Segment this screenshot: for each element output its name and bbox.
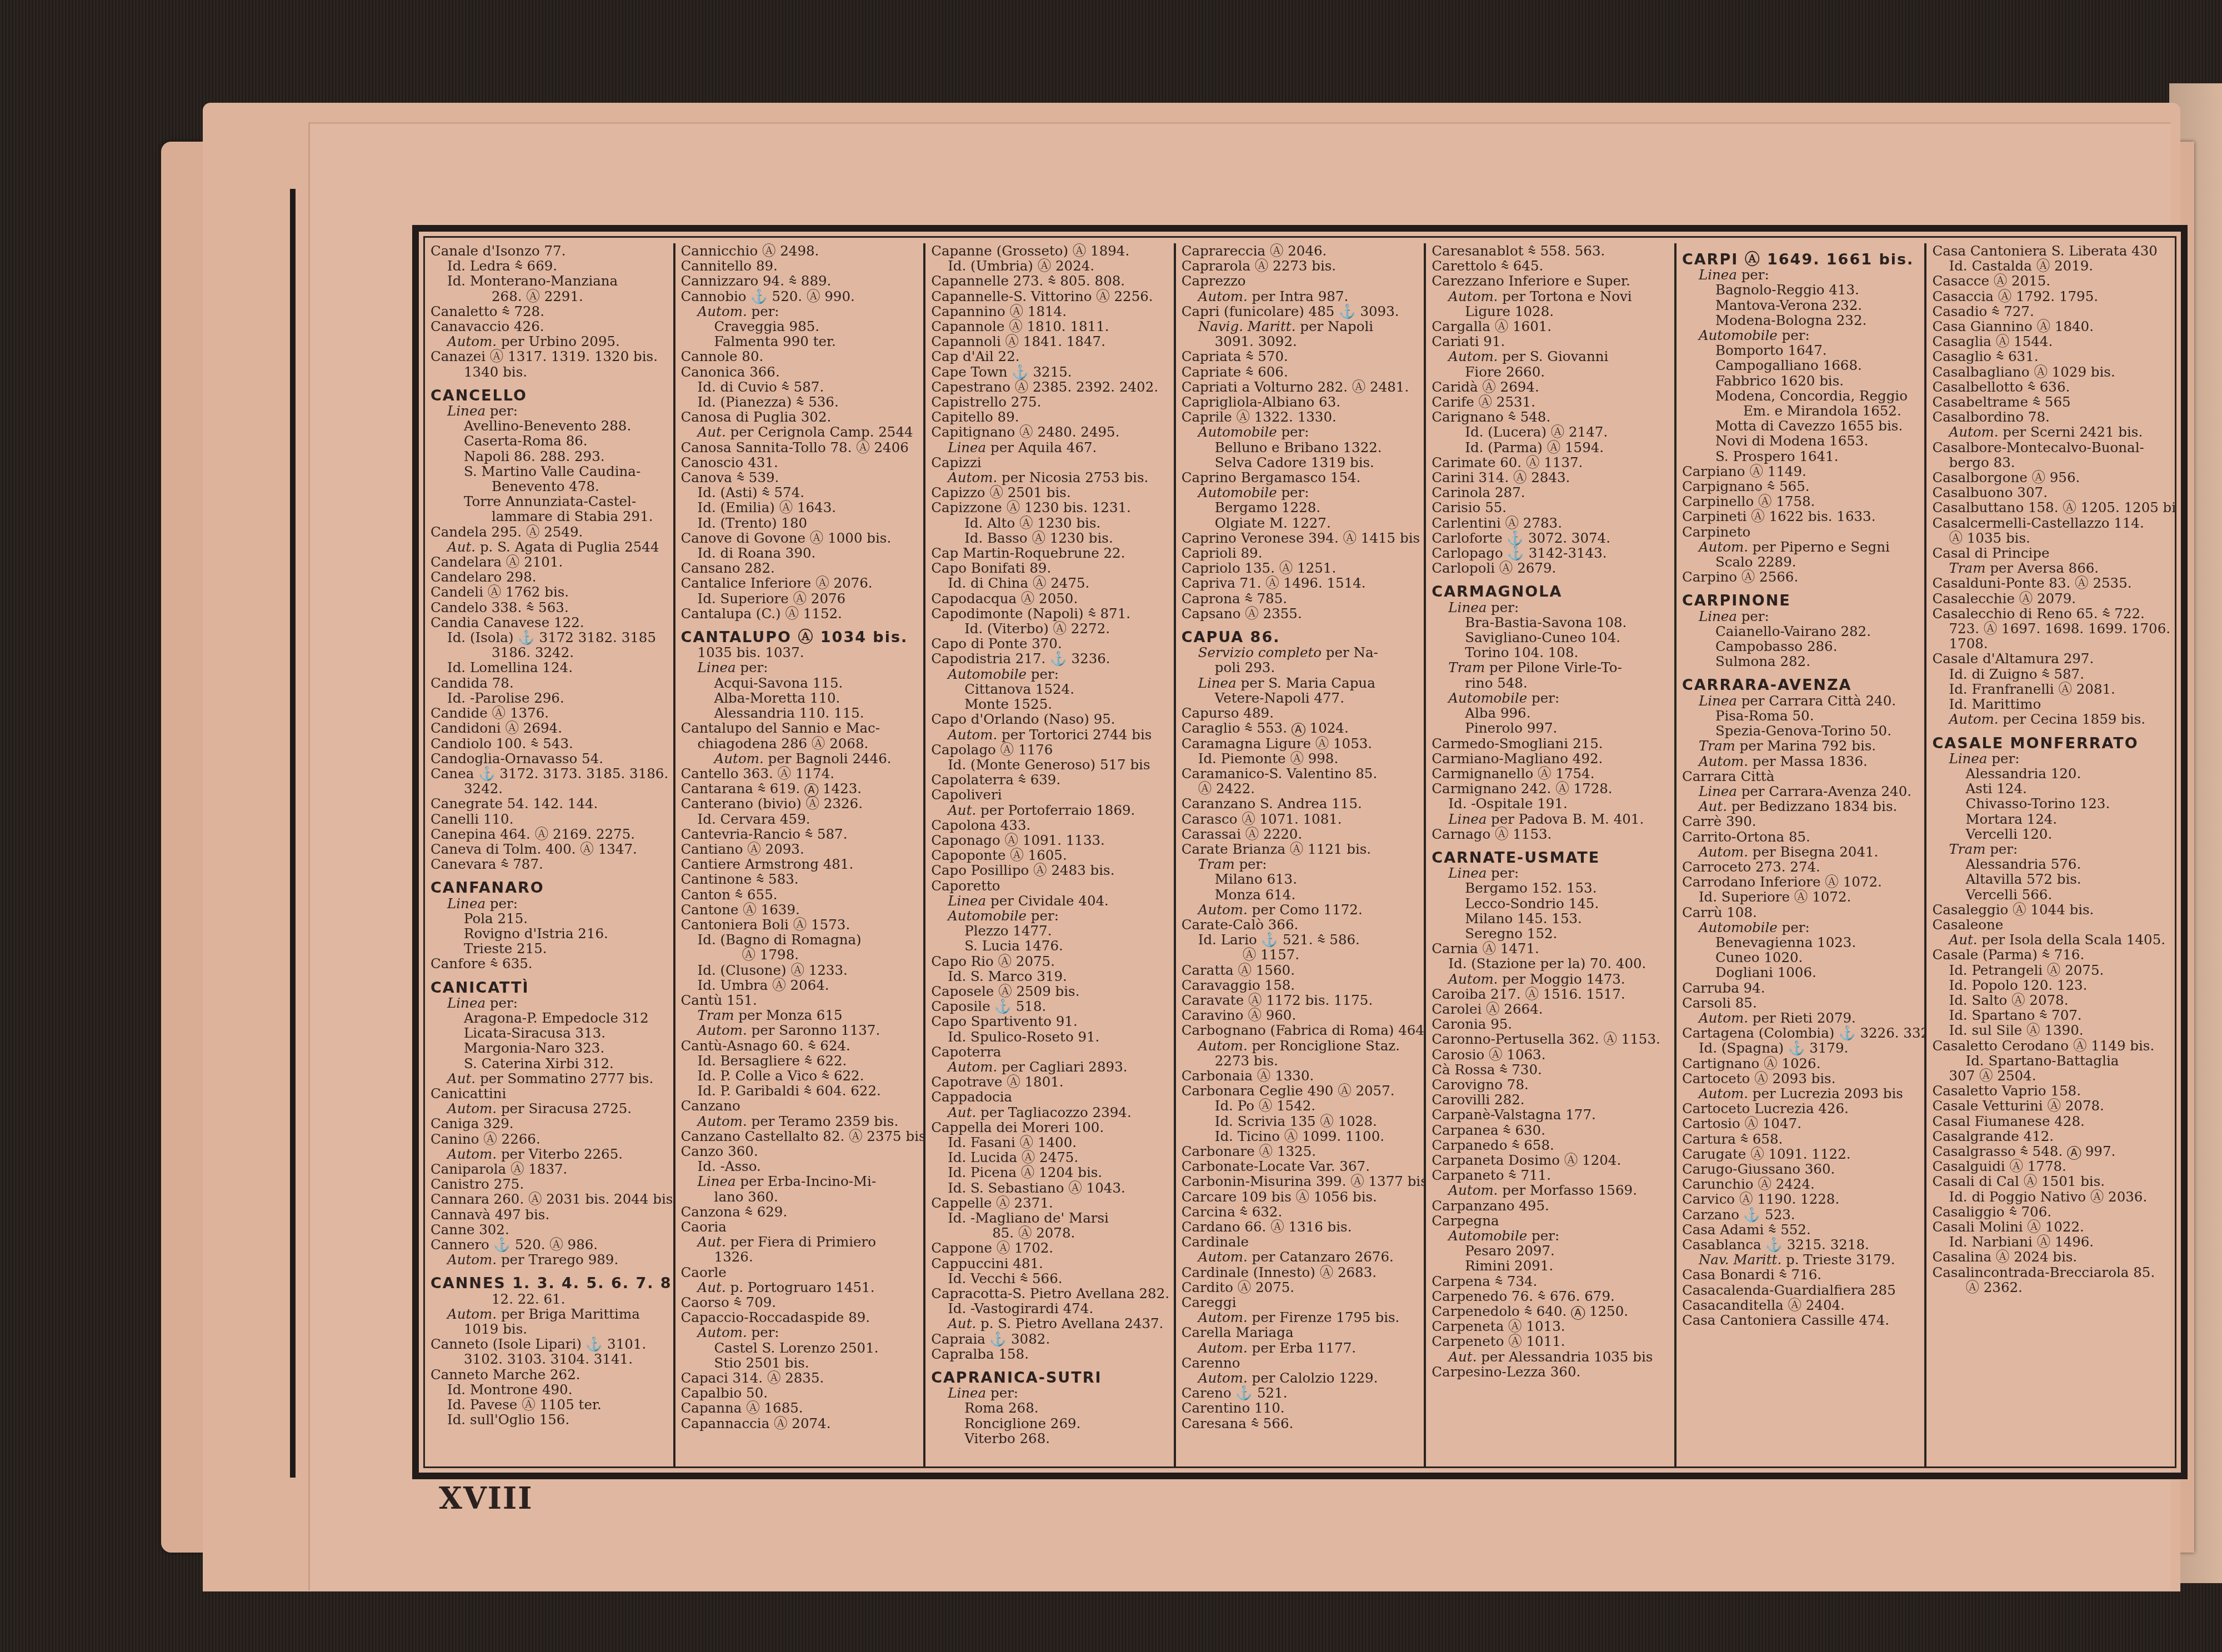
index-entry: Linea per Carrara Città 240.: [1682, 693, 1921, 708]
index-entry: Id. di Poggio Nativo Ⓐ 2036.: [1932, 1189, 2171, 1204]
index-entry: Automobile per:: [1682, 920, 1921, 935]
index-entry: Cappelle Ⓐ 2371.: [931, 1195, 1170, 1210]
index-entry: Caprona ⩯ 785.: [1182, 591, 1421, 606]
index-entry: Bra-Bastia-Savona 108.: [1432, 615, 1671, 630]
index-entry: Canea ⚓ 3172. 3173. 3185. 3186.: [431, 766, 670, 781]
index-entry: Id. Montrone 490.: [431, 1382, 670, 1397]
index-entry: S. Martino Valle Caudina-: [431, 464, 670, 479]
index-entry: Candelara Ⓐ 2101.: [431, 554, 670, 569]
index-entry: Carnia Ⓐ 1471.: [1432, 941, 1671, 956]
index-entry: Cantiere Armstrong 481.: [681, 857, 920, 872]
index-entry: 3242.: [431, 781, 670, 796]
index-entry: Capolona 433.: [931, 818, 1170, 833]
index-entry: Cardinale: [1182, 1234, 1421, 1249]
index-entry: Asti 124.: [1932, 781, 2171, 796]
index-entry: Caianello-Vairano 282.: [1682, 624, 1921, 639]
index-entry: Autom. per Lucrezia 2093 bis: [1682, 1086, 1921, 1101]
index-entry: Caporetto: [931, 878, 1170, 893]
index-entry: bergo 83.: [1932, 455, 2171, 470]
index-entry: Bergamo 1228.: [1182, 500, 1421, 515]
page-number: XVIII: [439, 1480, 533, 1516]
index-entry: Autom. per Tortorici 2744 bis: [931, 727, 1170, 742]
index-entry: Carentino 110.: [1182, 1400, 1421, 1415]
index-entry: 3091. 3092.: [1182, 334, 1421, 349]
index-entry: Casa Adami ⩯ 552.: [1682, 1222, 1921, 1237]
index-entry: Tram per:: [1932, 842, 2171, 857]
index-entry: Linea per S. Maria Capua: [1182, 675, 1421, 690]
index-entry: Id. (Parma) Ⓐ 1594.: [1432, 440, 1671, 455]
index-entry: Candeli Ⓐ 1762 bis.: [431, 584, 670, 599]
index-entry: Belluno e Bribano 1322.: [1182, 440, 1421, 455]
index-entry: Casalduni-Ponte 83. Ⓐ 2535.: [1932, 575, 2171, 590]
index-entry: Monza 614.: [1182, 887, 1421, 902]
index-entry: Fabbrico 1620 bis.: [1682, 373, 1921, 388]
index-entry: Casabeltrame ⩯ 565: [1932, 394, 2171, 409]
index-entry: Autom. per Trarego 989.: [431, 1252, 670, 1267]
index-entry: Carpeneta Ⓐ 1013.: [1432, 1319, 1671, 1334]
index-entry: Capralba 158.: [931, 1346, 1170, 1361]
index-entry: Id. Ticino Ⓐ 1099. 1100.: [1182, 1129, 1421, 1144]
index-entry: Chivasso-Torino 123.: [1932, 796, 2171, 811]
index-entry: Casale (Parma) ⩯ 716.: [1932, 947, 2171, 962]
index-entry: Carbonare Ⓐ 1325.: [1182, 1144, 1421, 1159]
index-entry: Torre Annunziata-Castel-: [431, 494, 670, 509]
index-entry: Canoscio 431.: [681, 455, 920, 470]
index-entry: Casablanca ⚓ 3215. 3218.: [1682, 1237, 1921, 1252]
index-entry: Id. -Magliano de' Marsi: [931, 1210, 1170, 1225]
index-entry: Autom. per Piperno e Segni: [1682, 539, 1921, 554]
index-entry: Casalgrasso ⩯ 548. Ⓐ 997.: [1932, 1144, 2171, 1159]
index-entry: Cannero ⚓ 520. Ⓐ 986.: [431, 1237, 670, 1252]
index-entry: Bagnolo-Reggio 413.: [1682, 282, 1921, 297]
index-entry: Casalecchio di Reno 65. ⩯ 722.: [1932, 606, 2171, 621]
index-entry: Cartagena (Colombia) ⚓ 3226. 3322: [1682, 1025, 1921, 1040]
index-entry: 1708.: [1932, 636, 2171, 651]
index-entry: Linea per:: [1432, 600, 1671, 615]
index-entry: Candida 78.: [431, 675, 670, 690]
index-entry: Casalcermelli-Castellazzo 114.: [1932, 515, 2171, 530]
index-entry: Canistro 275.: [431, 1177, 670, 1192]
index-entry: Id. di Cuvio ⩯ 587.: [681, 379, 920, 394]
index-entry: Carrodano Inferiore Ⓐ 1072.: [1682, 874, 1921, 889]
index-entry: Candia Canavese 122.: [431, 615, 670, 630]
index-entry: Savigliano-Cuneo 104.: [1432, 630, 1671, 645]
index-column-2: Cannicchio Ⓐ 2498.Cannitello 89.Cannizza…: [675, 243, 926, 1466]
index-entry: Id. Lucida Ⓐ 2475.: [931, 1150, 1170, 1165]
index-entry: Carpenedo 76. ⩯ 676. 679.: [1432, 1289, 1671, 1304]
index-entry: Canevara ⩯ 787.: [431, 857, 670, 872]
index-entry: Aut. per Sommatino 2777 bis.: [431, 1071, 670, 1086]
index-entry: Carignano ⩯ 548.: [1432, 409, 1671, 424]
index-entry: Carmignano 242. Ⓐ 1728.: [1432, 781, 1671, 796]
index-entry: Caprezzo: [1182, 273, 1421, 288]
index-entry: Cannole 80.: [681, 349, 920, 364]
index-entry: Bomporto 1647.: [1682, 343, 1921, 358]
index-entry: Carate Brianza Ⓐ 1121 bis.: [1182, 842, 1421, 857]
index-column-6: CARPI Ⓐ 1649. 1661 bis.Linea per:Bagnolo…: [1676, 243, 1927, 1466]
index-entry: Capoterra: [931, 1044, 1170, 1059]
index-entry: Autom. per Moggio 1473.: [1432, 972, 1671, 987]
index-entry: Canova ⩯ 539.: [681, 470, 920, 485]
index-entry: Caroiba 217. Ⓐ 1516. 1517.: [1432, 987, 1671, 1002]
index-entry: Casale d'Altamura 297.: [1932, 651, 2171, 666]
index-entry: Carmedo-Smogliani 215.: [1432, 736, 1671, 751]
index-entry: Carella Mariaga: [1182, 1325, 1421, 1340]
index-entry: Caprareccia Ⓐ 2046.: [1182, 243, 1421, 258]
index-entry: Carlopoli Ⓐ 2679.: [1432, 560, 1671, 575]
index-entry: Casalbuttano 158. Ⓐ 1205. 1205 bis: [1932, 500, 2171, 515]
index-entry: Carbonaia Ⓐ 1330.: [1182, 1068, 1421, 1083]
index-entry: Cap Martin-Roquebrune 22.: [931, 545, 1170, 560]
index-entry: Cantù 151.: [681, 993, 920, 1008]
index-entry: Cargalla Ⓐ 1601.: [1432, 319, 1671, 334]
index-entry: Caprioli 89.: [1182, 545, 1421, 560]
index-entry: Em. e Mirandola 1652.: [1682, 403, 1921, 418]
index-column-5: Caresanablot ⩯ 558. 563.Carettolo ⩯ 645.…: [1426, 243, 1676, 1466]
index-entry: Pinerolo 997.: [1432, 720, 1671, 735]
index-entry: Fiore 2660.: [1432, 364, 1671, 379]
index-entry: Candide Ⓐ 1376.: [431, 705, 670, 720]
page-edge-rule: [290, 189, 296, 1478]
index-entry: Capanne (Grosseto) Ⓐ 1894.: [931, 243, 1170, 258]
index-entry: Viterbo 268.: [931, 1431, 1170, 1446]
index-entry: Id. P. Garibaldi ⩯ 604. 622.: [681, 1083, 920, 1098]
index-entry: Tram per Pilone Virle-To-: [1432, 660, 1671, 675]
index-entry: Automobile per:: [1182, 424, 1421, 439]
index-entry: Plezzo 1477.: [931, 923, 1170, 938]
index-column-7: Casa Cantoniera S. Liberata 430Id. Casta…: [1926, 243, 2175, 1466]
index-entry: Carpanedo ⩯ 658.: [1432, 1138, 1671, 1153]
index-entry: Acqui-Savona 115.: [681, 675, 920, 690]
index-entry: Carbonate-Locate Var. 367.: [1182, 1159, 1421, 1174]
index-entry: Licata-Siracusa 313.: [431, 1025, 670, 1040]
index-entry: Id. (Isola) ⚓ 3172 3182. 3185: [431, 630, 670, 645]
index-entry: Capriolo 135. Ⓐ 1251.: [1182, 560, 1421, 575]
index-entry: Casa Giannino Ⓐ 1840.: [1932, 319, 2171, 334]
index-entry: Linea per:: [1682, 609, 1921, 624]
index-entry: Carini 314. Ⓐ 2843.: [1432, 470, 1671, 485]
index-entry: Id. (Spagna) ⚓ 3179.: [1682, 1040, 1921, 1055]
index-entry: Aut. per Portoferraio 1869.: [931, 803, 1170, 818]
index-entry: Carsoli 85.: [1682, 995, 1921, 1010]
index-entry: Tram per:: [1182, 857, 1421, 872]
index-entry: Id. Spulico-Roseto 91.: [931, 1029, 1170, 1044]
index-entry: Canzano Castellalto 82. Ⓐ 2375 bis: [681, 1129, 920, 1144]
index-entry: Carunchio Ⓐ 2424.: [1682, 1177, 1921, 1192]
index-entry: Autom. per Siracusa 2725.: [431, 1101, 670, 1116]
index-entry: Benevagienna 1023.: [1682, 935, 1921, 950]
index-entry: Capodistria 217. ⚓ 3236.: [931, 651, 1170, 666]
index-entry: Candiolo 100. ⩯ 543.: [431, 736, 670, 751]
index-entry: Ⓐ 2362.: [1932, 1280, 2171, 1295]
index-entry: Vercelli 566.: [1932, 887, 2171, 902]
index-entry: Autom. per Viterbo 2265.: [431, 1147, 670, 1162]
index-entry: Id. Cervara 459.: [681, 812, 920, 827]
index-entry: Caravino Ⓐ 960.: [1182, 1008, 1421, 1023]
index-entry: Cardano 66. Ⓐ 1316 bis.: [1182, 1219, 1421, 1234]
index-entry: Cantalupo del Sannio e Mac-: [681, 720, 920, 735]
index-entry: Pesaro 2097.: [1432, 1243, 1671, 1258]
index-entry: Torino 104. 108.: [1432, 645, 1671, 660]
index-entry: Caresanablot ⩯ 558. 563.: [1432, 243, 1671, 258]
index-entry: Id. Bersagliere ⩯ 622.: [681, 1053, 920, 1068]
index-entry: Capizzone Ⓐ 1230 bis. 1231.: [931, 500, 1170, 515]
index-entry: Caniga 329.: [431, 1116, 670, 1131]
index-entry: Aut. per Fiera di Primiero: [681, 1234, 920, 1249]
index-entry: Carettolo ⩯ 645.: [1432, 258, 1671, 273]
index-entry: Carpino Ⓐ 2566.: [1682, 569, 1921, 584]
index-entry: Capri (funicolare) 485 ⚓ 3093.: [1182, 304, 1421, 319]
index-entry: Aut. per Isola della Scala 1405.: [1932, 932, 2171, 947]
index-entry: Cantinone ⩯ 583.: [681, 872, 920, 887]
index-entry: Capannelle 273. ⩯ 805. 808.: [931, 273, 1170, 288]
index-entry: Cardito Ⓐ 2075.: [1182, 1280, 1421, 1295]
index-entry: Alessandria 110. 115.: [681, 705, 920, 720]
index-entry: Vetere-Napoli 477.: [1182, 690, 1421, 705]
index-entry: Canino Ⓐ 2266.: [431, 1132, 670, 1147]
index-entry: Autom. per Calolzio 1229.: [1182, 1370, 1421, 1385]
index-entry: Aut. p. S. Pietro Avellana 2437.: [931, 1316, 1170, 1331]
index-entry: Id. Ledra ⩯ 669.: [431, 258, 670, 273]
index-entry: Sulmona 282.: [1682, 654, 1921, 669]
index-entry: Casa Cantoniera S. Liberata 430: [1932, 243, 2171, 258]
index-entry: Casacanditella Ⓐ 2404.: [1682, 1298, 1921, 1313]
index-entry: Automobile per:: [1432, 1228, 1671, 1243]
index-entry: Casalincontrada-Brecciarola 85.: [1932, 1265, 2171, 1280]
index-entry: rino 548.: [1432, 675, 1671, 690]
index-entry: Aut. p. S. Agata di Puglia 2544: [431, 539, 670, 554]
index-entry: Autom. per Morfasso 1569.: [1432, 1183, 1671, 1198]
index-entry: Cantarana ⩯ 619. Ⓐ 1423.: [681, 781, 920, 796]
index-entry: Monte 1525.: [931, 697, 1170, 712]
station-heading: CARRARA-AVENZA: [1682, 678, 1921, 693]
index-entry: Spezia-Genova-Torino 50.: [1682, 723, 1921, 738]
index-entry: Capannelle-S. Vittorino Ⓐ 2256.: [931, 289, 1170, 304]
index-entry: Canale d'Isonzo 77.: [431, 243, 670, 258]
index-entry: Capannole Ⓐ 1810. 1811.: [931, 319, 1170, 334]
index-entry: 723. Ⓐ 1697. 1698. 1699. 1706.: [1932, 621, 2171, 636]
index-entry: Id. (Clusone) Ⓐ 1233.: [681, 963, 920, 978]
index-entry: Autom. per:: [681, 1325, 920, 1340]
index-entry: Id. Narbiani Ⓐ 1496.: [1932, 1234, 2171, 1249]
index-entry: Carpaneta Dosimo Ⓐ 1204.: [1432, 1153, 1671, 1168]
index-entry: Cappadocia: [931, 1089, 1170, 1104]
index-entry: Autom. per Bagnoli 2446.: [681, 751, 920, 766]
index-entry: Caprino Bergamasco 154.: [1182, 470, 1421, 485]
index-entry: Modena, Concordia, Reggio: [1682, 388, 1921, 403]
index-entry: Id. Alto Ⓐ 1230 bis.: [931, 515, 1170, 530]
index-entry: Caorso ⩯ 709.: [681, 1295, 920, 1310]
index-entry: Tram per Monza 615: [681, 1008, 920, 1023]
index-entry: Casalecchie Ⓐ 2079.: [1932, 591, 2171, 606]
index-entry: Candoglia-Ornavasso 54.: [431, 751, 670, 766]
index-entry: Carovilli 282.: [1432, 1092, 1671, 1107]
index-entry: Casaliggio ⩯ 706.: [1932, 1204, 2171, 1219]
index-entry: Id. (Bagno di Romagna): [681, 932, 920, 947]
index-entry: Carpaneto ⩯ 711.: [1432, 1168, 1671, 1183]
index-entry: Carpegna: [1432, 1213, 1671, 1228]
index-entry: Linea per Carrara-Avenza 240.: [1682, 784, 1921, 799]
index-entry: Campobasso 286.: [1682, 639, 1921, 654]
index-entry: Candela 295. Ⓐ 2549.: [431, 524, 670, 539]
index-entry: Autom. per Bisegna 2041.: [1682, 844, 1921, 859]
index-entry: Id. Monterano-Manziana: [431, 273, 670, 288]
index-entry: Cannicchio Ⓐ 2498.: [681, 243, 920, 258]
index-entry: Caniparola Ⓐ 1837.: [431, 1162, 670, 1177]
index-entry: Linea per:: [1432, 865, 1671, 880]
index-entry: Carrè 390.: [1682, 814, 1921, 829]
index-entry: Autom. per Briga Marittima: [431, 1306, 670, 1321]
index-entry: Linea per:: [431, 896, 670, 911]
index-entry: Canzano: [681, 1098, 920, 1113]
station-heading: CAPRANICA-SUTRI: [931, 1370, 1170, 1385]
index-entry: Milano 613.: [1182, 872, 1421, 887]
index-entry: Id. Vecchi ⩯ 566.: [931, 1271, 1170, 1286]
station-heading: CANICATTÌ: [431, 980, 670, 995]
index-entry: Id. P. Colle a Vico ⩯ 622.: [681, 1068, 920, 1083]
index-entry: 1019 bis.: [431, 1321, 670, 1336]
index-entry: Casal di Principe: [1932, 545, 2171, 560]
index-entry: Benevento 478.: [431, 479, 670, 494]
index-entry: Aut. per Tagliacozzo 2394.: [931, 1105, 1170, 1120]
index-entry: Cansano 282.: [681, 560, 920, 575]
index-entry: Linea per:: [431, 995, 670, 1010]
index-entry: Id. Petrangeli Ⓐ 2075.: [1932, 963, 2171, 978]
index-entry: Cuneo 1020.: [1682, 950, 1921, 965]
index-entry: Carpanzano 495.: [1432, 1198, 1671, 1213]
index-entry: Id. Marittimo: [1932, 697, 2171, 712]
index-entry: Napoli 86. 288. 293.: [431, 449, 670, 464]
index-entry: Carisio 55.: [1432, 500, 1671, 515]
index-entry: Canegrate 54. 142. 144.: [431, 796, 670, 811]
index-entry: Autom. per Como 1172.: [1182, 902, 1421, 917]
station-heading: CANCELLO: [431, 388, 670, 403]
index-entry: Carrito-Ortona 85.: [1682, 829, 1921, 844]
index-entry: Dogliani 1006.: [1682, 965, 1921, 980]
index-entry: 2273 bis.: [1182, 1053, 1421, 1068]
index-entry: Casadio ⩯ 727.: [1932, 304, 2171, 319]
index-entry: Carpiano Ⓐ 1149.: [1682, 464, 1921, 479]
index-entry: Automobile per:: [931, 908, 1170, 923]
index-entry: Id. di Zuigno ⩯ 587.: [1932, 667, 2171, 682]
index-entry: Id. Piemonte Ⓐ 998.: [1182, 751, 1421, 766]
index-entry: 1326.: [681, 1249, 920, 1264]
index-entry: Cartura ⩯ 658.: [1682, 1132, 1921, 1147]
index-entry: Cantù-Asnago 60. ⩯ 624.: [681, 1038, 920, 1053]
index-entry: Avellino-Benevento 288.: [431, 418, 670, 433]
index-entry: Ronciglione 269.: [931, 1416, 1170, 1431]
index-entry: Id. (Monte Generoso) 517 bis: [931, 757, 1170, 772]
index-entry: Cittanova 1524.: [931, 682, 1170, 697]
index-entry: Carpinello Ⓐ 1758.: [1682, 494, 1921, 509]
index-entry: Caronia 95.: [1432, 1017, 1671, 1032]
station-heading: CANNES 1. 3. 4. 5. 6. 7. 8. 9: [431, 1276, 670, 1291]
index-entry: Alba-Moretta 110.: [681, 690, 920, 705]
index-entry: Id. sul Sile Ⓐ 1390.: [1932, 1023, 2171, 1038]
index-entry: Pisa-Roma 50.: [1682, 708, 1921, 723]
index-entry: Aut. per Bedizzano 1834 bis.: [1682, 799, 1921, 814]
index-entry: Autom. per Intra 987.: [1182, 289, 1421, 304]
index-entry: Casalbordino 78.: [1932, 409, 2171, 424]
index-entry: Linea per Cividale 404.: [931, 893, 1170, 908]
index-entry: Linea per:: [681, 660, 920, 675]
index-entry: Caprigliola-Albiano 63.: [1182, 394, 1421, 409]
index-entry: Id. (Lucera) Ⓐ 2147.: [1432, 424, 1671, 439]
index-entry: Alba 996.: [1432, 705, 1671, 720]
index-entry: Automobile per:: [1682, 328, 1921, 343]
index-entry: Cappone Ⓐ 1702.: [931, 1240, 1170, 1255]
index-entry: S. Caterina Xirbi 312.: [431, 1056, 670, 1071]
index-entry: Aut. per Cerignola Camp. 2544: [681, 424, 920, 439]
index-entry: Casalgrande 412.: [1932, 1129, 2171, 1144]
index-entry: Id. Spartano-Battaglia: [1932, 1053, 2171, 1068]
index-entry: Id. Spartano ⩯ 707.: [1932, 1008, 2171, 1023]
index-entry: Autom. per Cecina 1859 bis.: [1932, 712, 2171, 727]
station-heading: CARPINONE: [1682, 593, 1921, 608]
index-entry: Id. sull'Oglio 156.: [431, 1412, 670, 1427]
index-entry: Ⓐ 1157.: [1182, 947, 1421, 962]
index-entry: Id. (Pianezza) ⩯ 536.: [681, 394, 920, 409]
index-entry: Castel S. Lorenzo 2501.: [681, 1340, 920, 1355]
index-entry: Casali Molini Ⓐ 1022.: [1932, 1219, 2171, 1234]
index-entry: Carate-Calò 366.: [1182, 917, 1421, 932]
index-entry: Candelo 338. ⩯ 563.: [431, 600, 670, 615]
index-entry: Caponago Ⓐ 1091. 1133.: [931, 833, 1170, 848]
index-entry: Id. Superiore Ⓐ 1072.: [1682, 889, 1921, 904]
index-entry: Autom. per:: [681, 304, 920, 319]
index-entry: Aut. per Alessandria 1035 bis: [1432, 1349, 1671, 1364]
index-entry: 12. 22. 61.: [431, 1291, 670, 1306]
index-entry: Autom. per Scerni 2421 bis.: [1932, 424, 2171, 439]
index-entry: Carimate 60. Ⓐ 1137.: [1432, 455, 1671, 470]
index-entry: Canelli 110.: [431, 812, 670, 827]
index-entry: Carcina ⩯ 632.: [1182, 1204, 1421, 1219]
index-entry: Mantova-Verona 232.: [1682, 298, 1921, 313]
index-entry: Alessandria 120.: [1932, 766, 2171, 781]
index-entry: Id. (Trento) 180: [681, 515, 920, 530]
station-heading: CARNATE-USMATE: [1432, 850, 1671, 865]
index-entry: Capannoli Ⓐ 1841. 1847.: [931, 334, 1170, 349]
index-entry: Craveggia 985.: [681, 319, 920, 334]
index-entry: Carpena ⩯ 734.: [1432, 1274, 1671, 1289]
index-entry: Campogalliano 1668.: [1682, 358, 1921, 373]
index-entry: Canosa di Puglia 302.: [681, 409, 920, 424]
index-entry: Cartosio Ⓐ 1047.: [1682, 1116, 1921, 1131]
index-entry: Cappuccini 481.: [931, 1256, 1170, 1271]
index-entry: Cà Rossa ⩯ 730.: [1432, 1062, 1671, 1077]
index-entry: Motta di Cavezzo 1655 bis.: [1682, 418, 1921, 433]
index-entry: Aragona-P. Empedocle 312: [431, 1010, 670, 1025]
index-entry: Caprino Veronese 394. Ⓐ 1415 bis: [1182, 530, 1421, 545]
index-entry: Casalina Ⓐ 2024 bis.: [1932, 1249, 2171, 1264]
index-entry: Cartignano Ⓐ 1026.: [1682, 1056, 1921, 1071]
index-entry: Canzona ⩯ 629.: [681, 1204, 920, 1219]
index-column-4: Caprareccia Ⓐ 2046.Caprarola Ⓐ 2273 bis.…: [1176, 243, 1427, 1466]
index-entry: Carpineto: [1682, 524, 1921, 539]
index-entry: Id. di Roana 390.: [681, 545, 920, 560]
index-entry: Id. (Stazione per la) 70. 400.: [1432, 956, 1671, 971]
index-entry: Careggi: [1182, 1295, 1421, 1310]
index-entry: Caramanico-S. Valentino 85.: [1182, 766, 1421, 781]
index-entry: Cantiano Ⓐ 2093.: [681, 842, 920, 857]
index-entry: Casaglio ⩯ 631.: [1932, 349, 2171, 364]
index-entry: Caposile ⚓ 518.: [931, 999, 1170, 1014]
index-entry: Linea per:: [431, 403, 670, 418]
index-entry: Caravaggio 158.: [1182, 978, 1421, 993]
index-entry: Casalbuono 307.: [1932, 485, 2171, 500]
index-entry: Ⓐ 1035 bis.: [1932, 530, 2171, 545]
index-entry: Modena-Bologna 232.: [1682, 313, 1921, 328]
